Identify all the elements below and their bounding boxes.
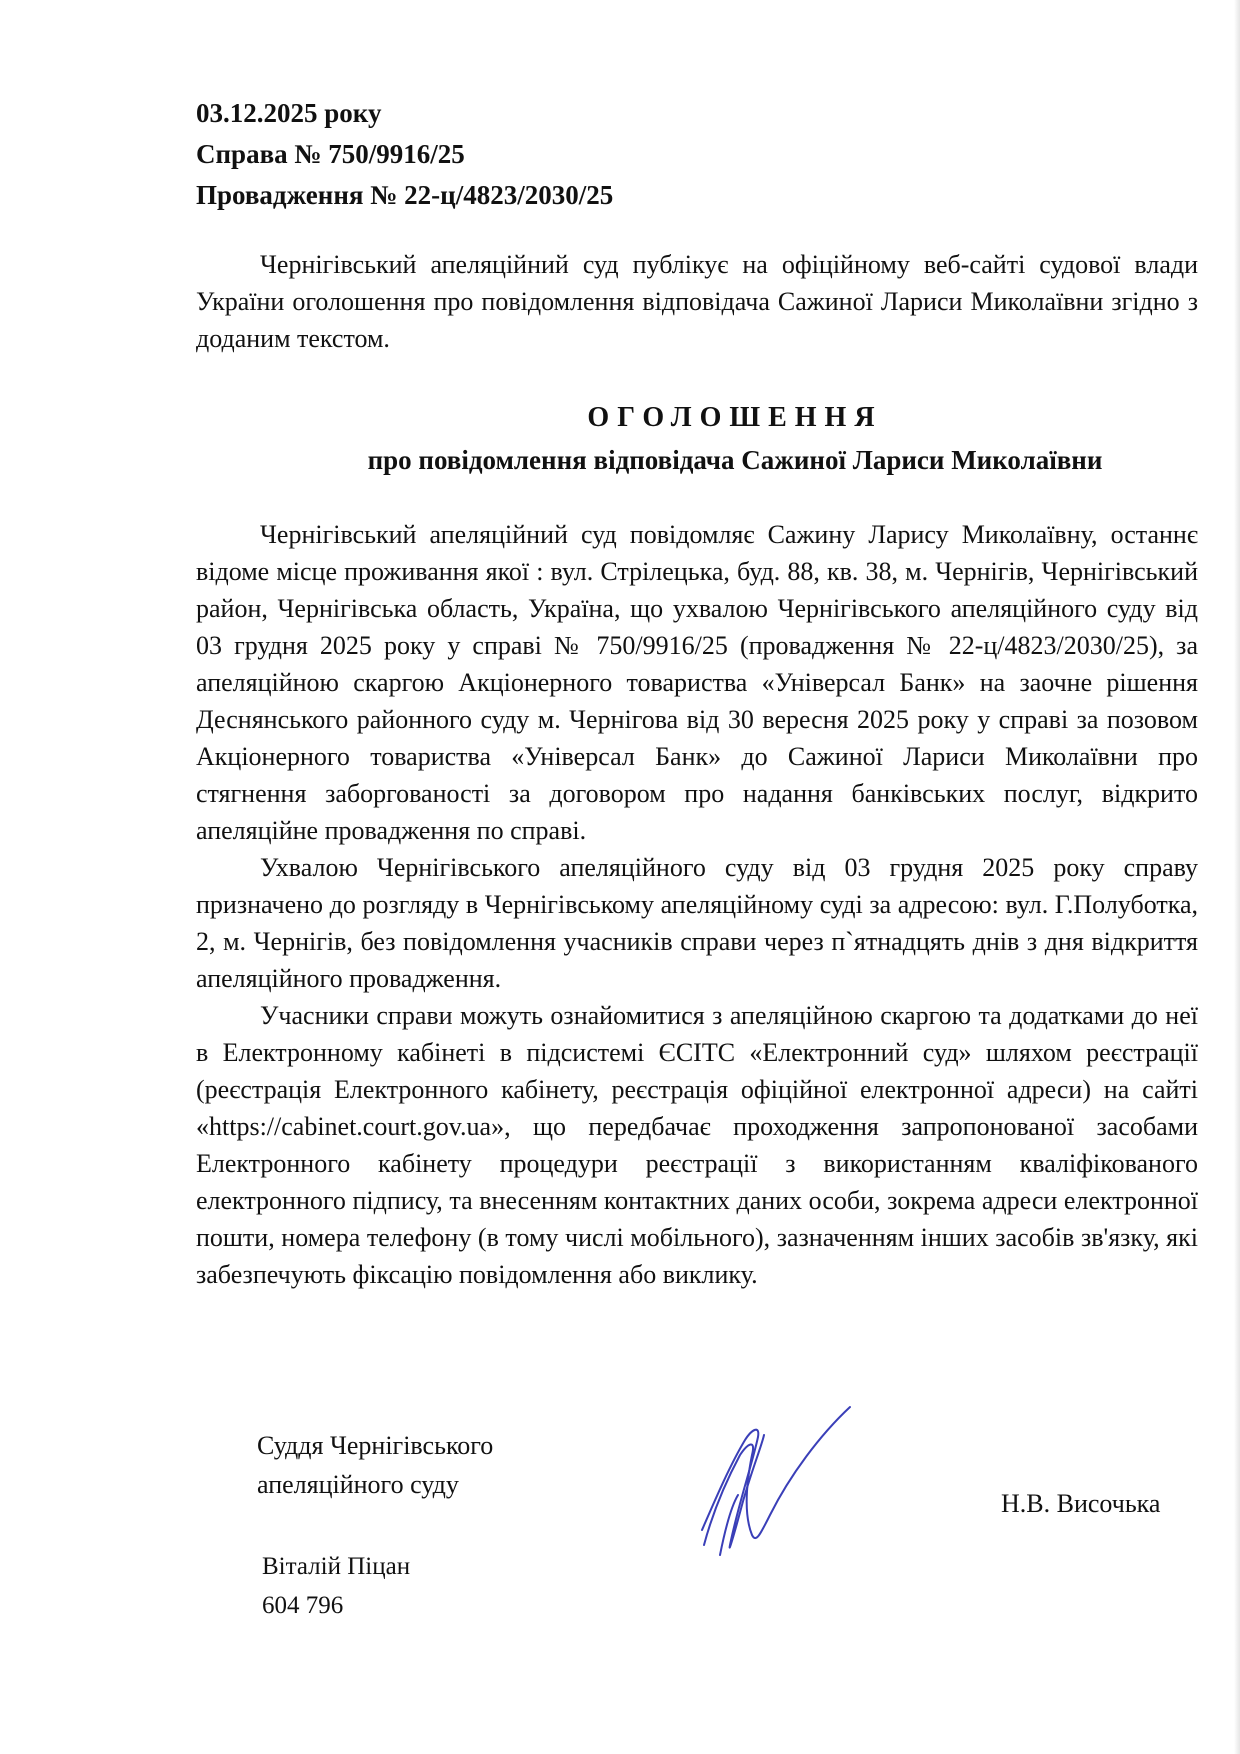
intro-paragraph: Чернігівський апеляційний суд публікує н… bbox=[196, 246, 1198, 357]
announcement-title: ОГОЛОШЕННЯ bbox=[196, 398, 1198, 438]
announcement-subtitle: про повідомлення відповідача Сажиної Лар… bbox=[196, 440, 1198, 480]
document-page: 03.12.2025 року Справа № 750/9916/25 Про… bbox=[0, 0, 1240, 1754]
document-date: 03.12.2025 року bbox=[196, 93, 613, 134]
executor-info: Віталій Піцан 604 796 bbox=[262, 1547, 410, 1625]
judge-name: Н.В. Височька bbox=[1001, 1484, 1160, 1523]
body-paragraph: Учасники справи можуть ознайомитися з ап… bbox=[196, 997, 1198, 1293]
executor-name: Віталій Піцан bbox=[262, 1547, 410, 1586]
document-header: 03.12.2025 року Справа № 750/9916/25 Про… bbox=[196, 93, 613, 216]
case-number: Справа № 750/9916/25 bbox=[196, 134, 613, 175]
judge-position-line2: апеляційного суду bbox=[257, 1465, 493, 1504]
body-paragraph: Ухвалою Чернігівського апеляційного суду… bbox=[196, 849, 1198, 997]
handwritten-signature-icon bbox=[690, 1405, 890, 1580]
executor-phone: 604 796 bbox=[262, 1586, 410, 1625]
announcement-body: Чернігівський апеляційний суд повідомляє… bbox=[196, 516, 1198, 1293]
judge-position: Суддя Чернігівського апеляційного суду bbox=[257, 1426, 493, 1504]
page-edge-shadow bbox=[1234, 0, 1240, 1754]
judge-position-line1: Суддя Чернігівського bbox=[257, 1426, 493, 1465]
proceeding-number: Провадження № 22-ц/4823/2030/25 bbox=[196, 175, 613, 216]
body-paragraph: Чернігівський апеляційний суд повідомляє… bbox=[196, 516, 1198, 849]
